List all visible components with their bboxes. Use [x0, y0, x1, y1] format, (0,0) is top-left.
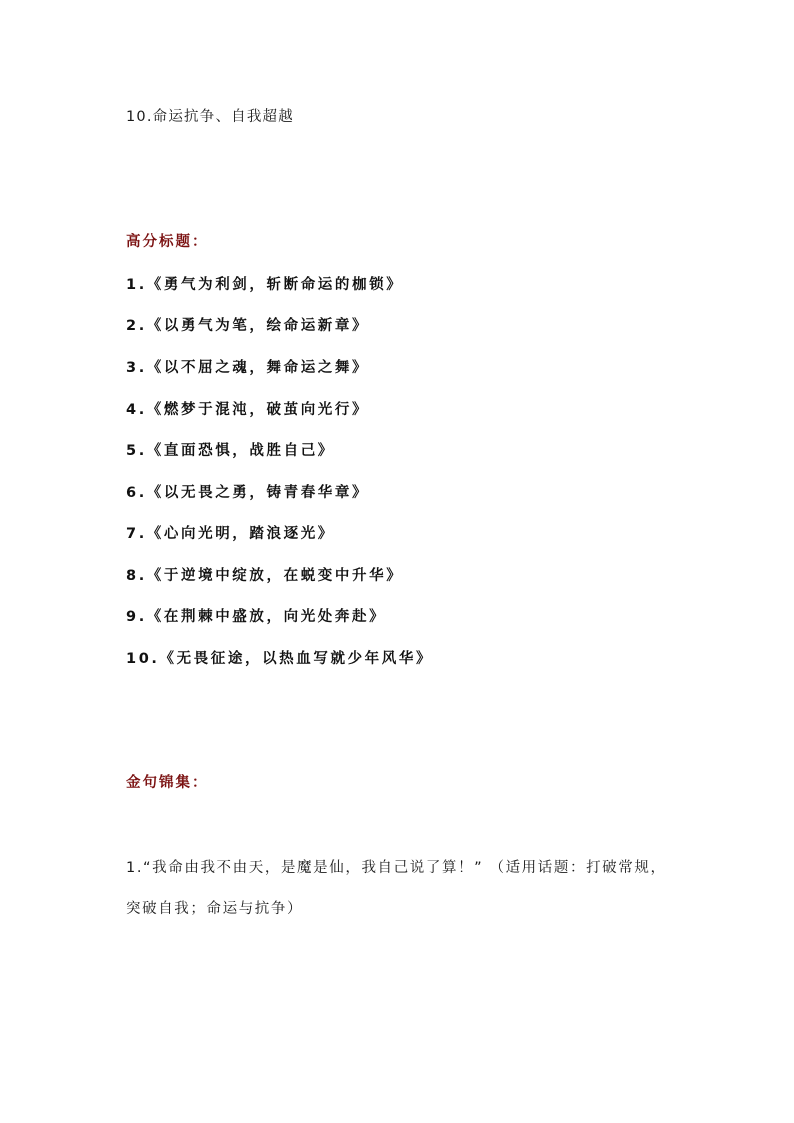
title-item-5: 5.《直面恐惧，战胜自己》 [126, 441, 335, 461]
title-item-3: 3.《以不屈之魂，舞命运之舞》 [126, 358, 369, 378]
quotes-heading: 金句锦集： [126, 773, 209, 793]
title-item-2: 2.《以勇气为笔，绘命运新章》 [126, 316, 369, 336]
title-item-7: 7.《心向光明，踏浪逐光》 [126, 524, 335, 544]
topic-item: 10.命运抗争、自我超越 [126, 107, 294, 127]
title-item-8: 8.《于逆境中绽放，在蜕变中升华》 [126, 566, 403, 586]
title-item-1: 1.《勇气为利剑，斩断命运的枷锁》 [126, 275, 403, 295]
title-item-4: 4.《燃梦于混沌，破茧向光行》 [126, 400, 369, 420]
quote-item-1-line-2: 突破自我；命运与抗争） [126, 899, 303, 919]
title-item-10: 10.《无畏征途，以热血写就少年风华》 [126, 649, 433, 669]
titles-heading: 高分标题： [126, 232, 209, 252]
quote-item-1-line-1: 1.“我命由我不由天，是魔是仙，我自己说了算！” （适用话题：打破常规， [126, 858, 667, 878]
title-item-9: 9.《在荆棘中盛放，向光处奔赴》 [126, 607, 386, 627]
title-item-6: 6.《以无畏之勇，铸青春华章》 [126, 483, 369, 503]
